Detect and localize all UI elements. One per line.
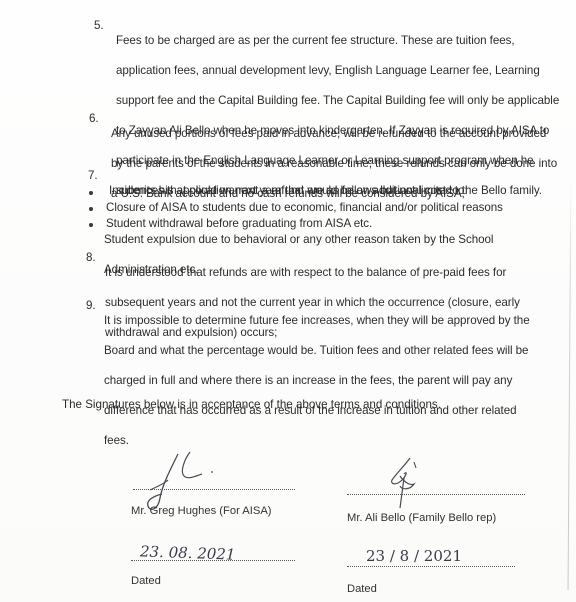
- document-page: 5. Fees to be charged are as per the cur…: [0, 0, 576, 602]
- signatory-bello: Mr. Ali Bello (Family Bello rep) 23 / 8 …: [0, 0, 576, 602]
- handwritten-date: 23 / 8 / 2021: [366, 547, 462, 565]
- signature-ali-bello-icon: [388, 456, 428, 512]
- date-label: Dated: [347, 583, 377, 595]
- signatory-name: Mr. Ali Bello (Family Bello rep): [347, 512, 496, 524]
- date-line: [347, 566, 515, 567]
- signature-line: [347, 494, 525, 495]
